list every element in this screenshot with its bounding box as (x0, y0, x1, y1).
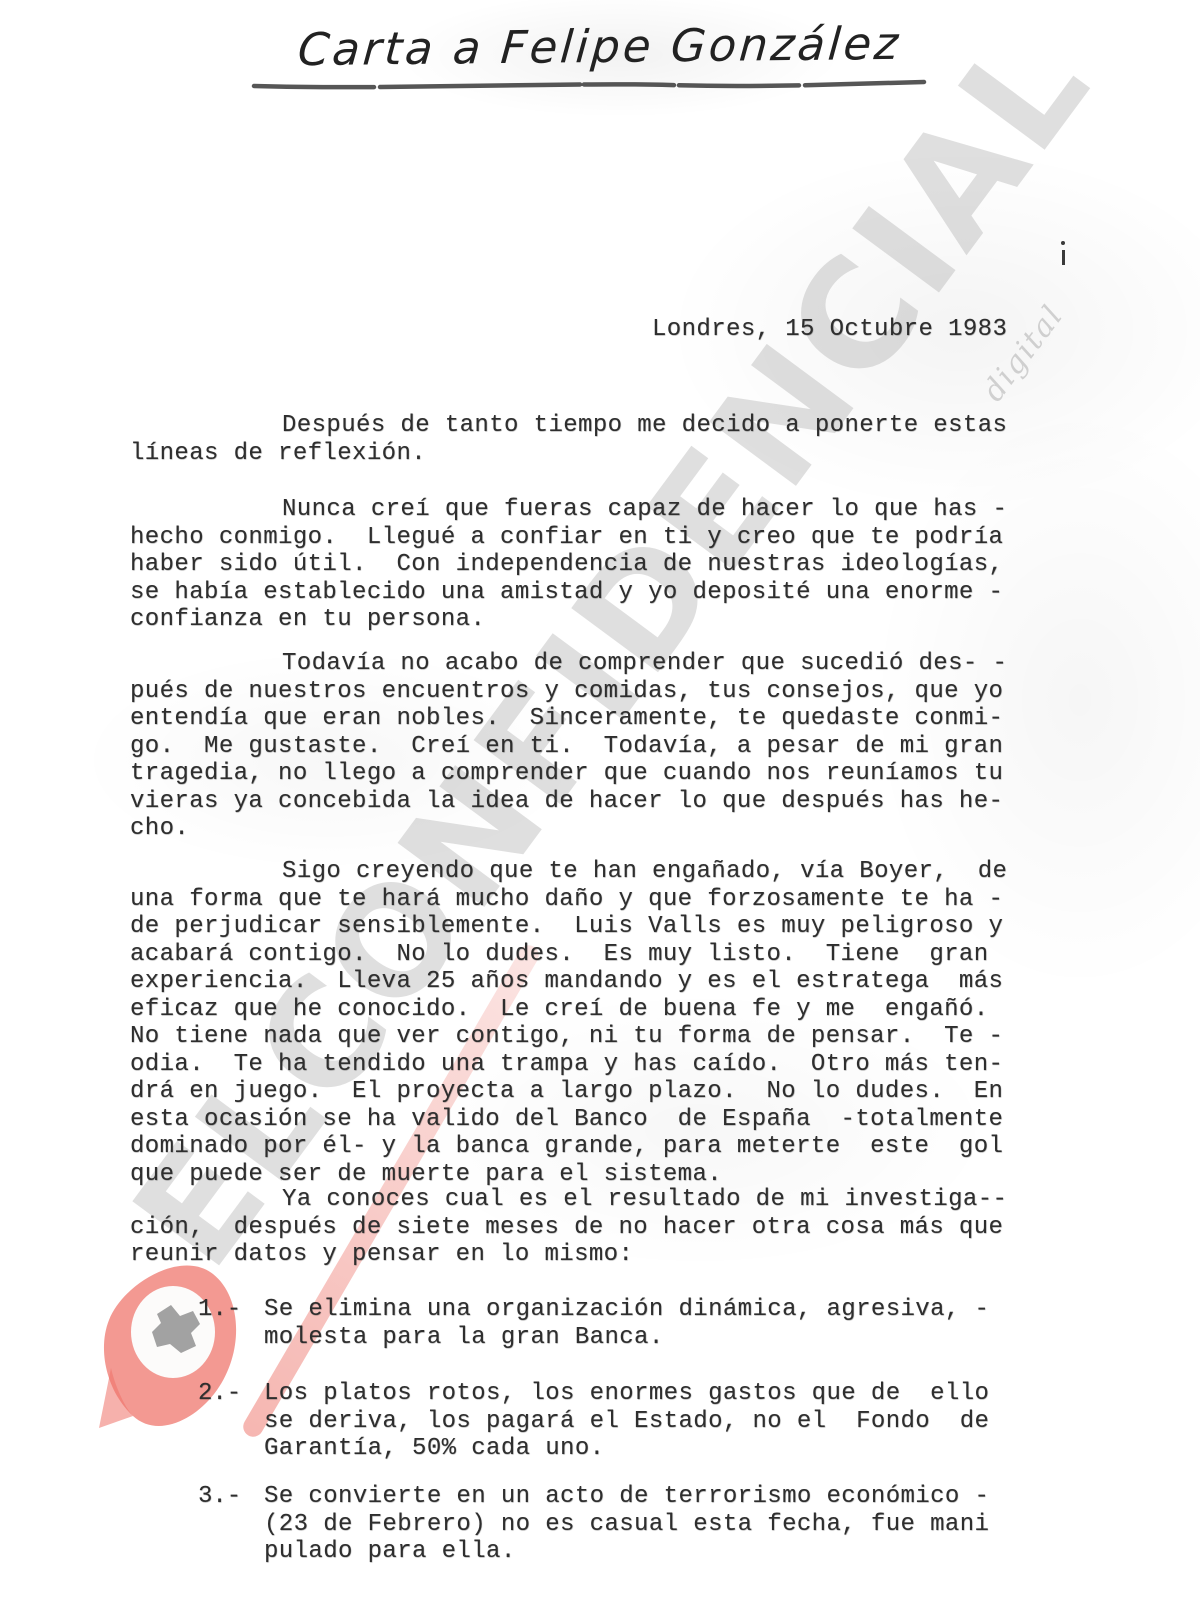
dateline: Londres, 15 Octubre 1983 (652, 316, 1007, 344)
list-item-1: 1.- Se elimina una organización dinámica… (198, 1296, 989, 1351)
list-item-2: 2.- Los platos rotos, los enormes gastos… (198, 1380, 989, 1463)
paragraph-5: Ya conoces cual es el resultado de mi in… (130, 1186, 1007, 1269)
list-item-text: Se convierte en un acto de terrorismo ec… (264, 1483, 989, 1566)
list-item-text: Se elimina una organización dinámica, ag… (264, 1296, 989, 1351)
list-item-text: Los platos rotos, los enormes gastos que… (264, 1380, 989, 1463)
handwritten-title: Carta a Felipe González (296, 17, 903, 76)
paragraph-1: Después de tanto tiempo me decido a pone… (130, 412, 1007, 467)
title-underline (250, 76, 930, 92)
list-item-number: 2.- (198, 1380, 242, 1463)
list-item-3: 3.- Se convierte en un acto de terrorism… (198, 1483, 989, 1566)
paragraph-3: Todavía no acabo de comprender que suced… (130, 650, 1007, 843)
list-item-number: 1.- (198, 1296, 242, 1351)
scan-artifact-mark (1062, 250, 1065, 265)
list-item-number: 3.- (198, 1483, 242, 1566)
paragraph-2: Nunca creí que fueras capaz de hacer lo … (130, 496, 1007, 634)
paragraph-4: Sigo creyendo que te han engañado, vía B… (130, 858, 1007, 1188)
